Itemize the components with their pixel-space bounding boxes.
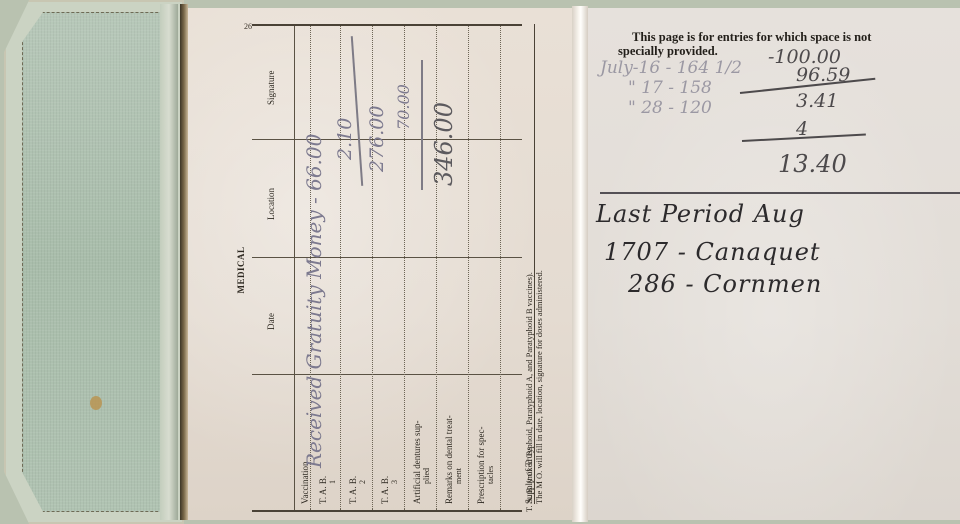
footnote-line-2: The M O. will fill in date, location, si… — [534, 28, 544, 512]
book-gutter — [572, 6, 588, 522]
row-line — [436, 26, 437, 510]
row-label-text: Prescription for spec- — [476, 427, 486, 504]
handwritten-calc-2: 276.00 — [366, 106, 388, 172]
row-label-spectacles: Prescription for spec-tacles — [476, 379, 496, 504]
row-label-dentures: Artificial dentures sup-plied — [412, 379, 432, 504]
row-label-sub: 1 — [328, 379, 338, 504]
handwritten-calc-1: 2.10 — [334, 118, 356, 160]
row-label-text: T. A. B. — [380, 476, 390, 504]
page-block-edge — [180, 4, 188, 520]
handwritten-calc-total: 346.00 — [430, 102, 458, 186]
row-label-text: Remarks on dental treat- — [444, 415, 454, 504]
handwritten-calc-3: 70.00 — [394, 84, 413, 130]
row-line — [500, 26, 501, 510]
printed-note-line-1: This page is for entries for which space… — [618, 30, 948, 44]
row-label-tab-3: T. A. B.3 — [380, 379, 400, 504]
product: 13.40 — [778, 150, 847, 178]
row-label-text: T. A. B. — [318, 476, 328, 504]
column-header-location: Location — [266, 188, 276, 220]
row-label-sub: plied — [422, 379, 432, 504]
row-label-tab-2: T. A. B.2 — [348, 379, 368, 504]
ledger-line-1: July-16 - 164 1/2 — [600, 58, 742, 78]
row-label-dental-remarks: Remarks on dental treat-ment — [444, 379, 464, 504]
row-line — [340, 26, 341, 510]
note-canaquet: 1707 - Canaquet — [604, 238, 821, 266]
row-label-text: T. A. B. — [348, 476, 358, 504]
cloth-flap-panel — [22, 12, 173, 512]
row-line — [372, 26, 373, 510]
stain-mark — [90, 396, 102, 410]
row-label-sub: ment — [454, 379, 464, 504]
column-divider — [252, 374, 522, 375]
ledger-line-2: " 17 - 158 — [628, 78, 712, 98]
right-page-divider-line — [600, 192, 960, 194]
subtraction-result: 3.41 — [796, 90, 838, 112]
note-last-period: Last Period Aug — [596, 200, 805, 228]
row-label-sub: 2 — [358, 379, 368, 504]
row-label-sub: tacles — [486, 379, 496, 504]
form-footnote: T. A. B. (mixed Typhoid, Paratyphoid A, … — [524, 28, 544, 512]
note-cornmen: 286 - Cornmen — [628, 270, 822, 298]
column-header-signature: Signature — [266, 71, 276, 106]
handwritten-gratuity-entry: Received Gratuity Money - 66.00 — [302, 134, 326, 468]
row-label-sub: 3 — [390, 379, 400, 504]
form-table: Date Location Signature Vaccination T. A… — [252, 24, 522, 512]
row-line — [468, 26, 469, 510]
row-label-text: Artificial dentures sup- — [412, 421, 422, 504]
ledger-line-3: " 28 - 120 — [628, 98, 712, 118]
footnote-line-1: T. A. B. (mixed Typhoid, Paratyphoid A, … — [524, 28, 534, 512]
column-header-date: Date — [266, 313, 276, 330]
column-divider — [252, 257, 522, 258]
sum-line — [421, 60, 423, 190]
form-title: MEDICAL — [236, 28, 246, 512]
flap-edge — [160, 4, 178, 520]
